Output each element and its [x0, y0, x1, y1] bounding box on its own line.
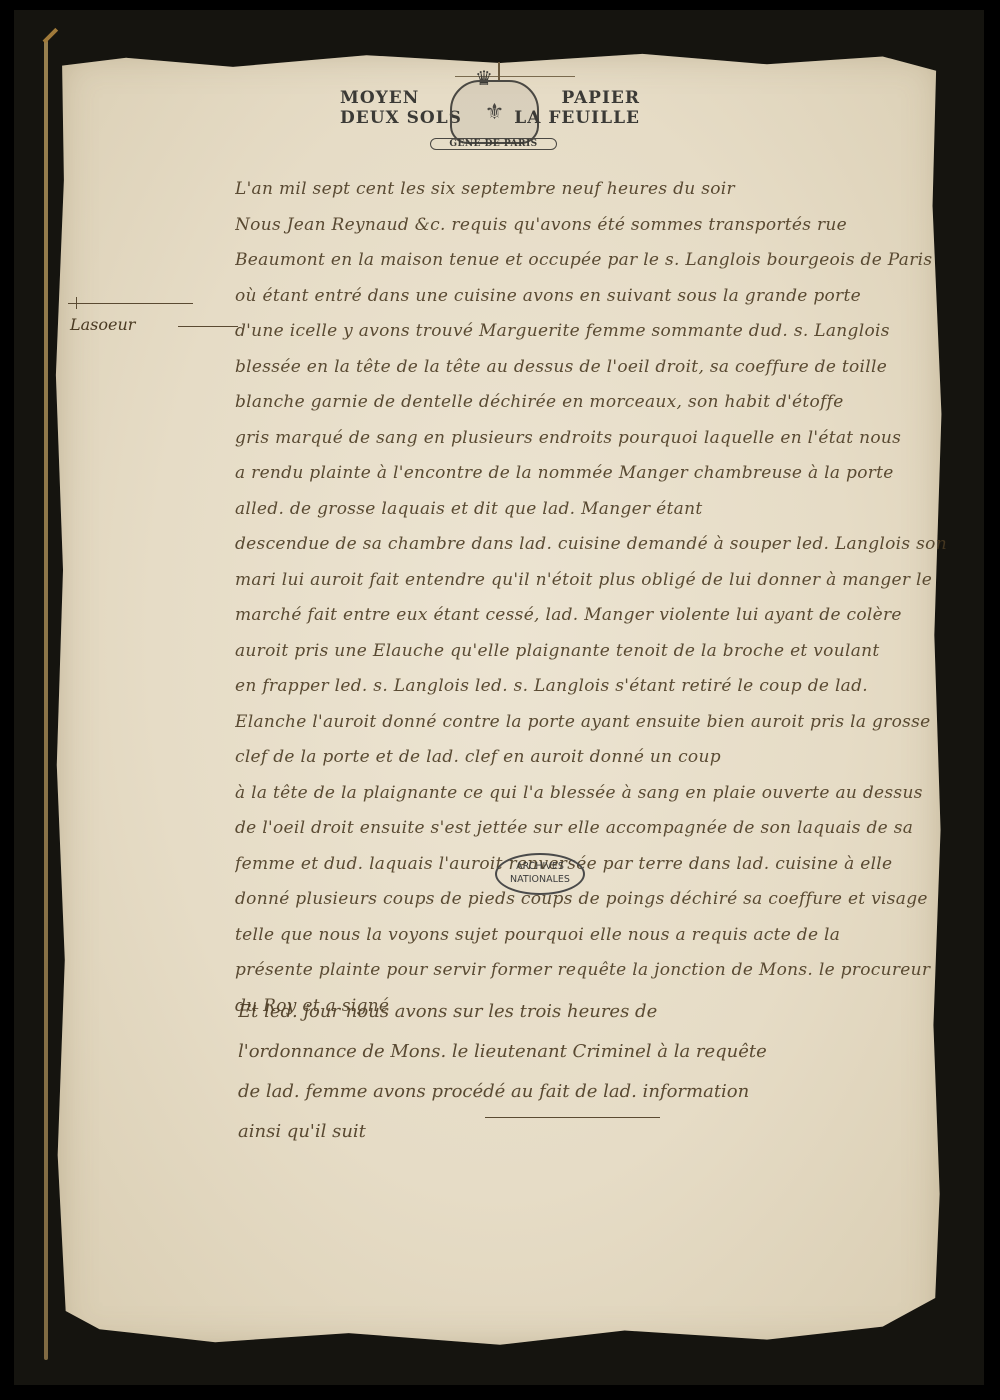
- archives-nationales-stamp: ARCHIVES NATIONALES: [495, 853, 585, 895]
- body-line: donné plusieurs coups de pieds coups de …: [235, 882, 975, 918]
- body-line: marché fait entre eux étant cessé, lad. …: [235, 598, 975, 634]
- tax-stamp-papier: PAPIER: [514, 88, 640, 108]
- body-line: clef de la porte et de lad. clef en auro…: [235, 740, 975, 776]
- body-line: a rendu plainte à l'encontre de la nommé…: [235, 456, 975, 492]
- lower-line: de lad. femme avons procédé au fait de l…: [238, 1072, 978, 1112]
- body-line: gris marqué de sang en plusieurs endroit…: [235, 421, 975, 457]
- body-line: à la tête de la plaignante ce qui l'a bl…: [235, 776, 975, 812]
- body-line: Elanche l'auroit donné contre la porte a…: [235, 705, 975, 741]
- complaint-body: L'an mil sept cent les six septembre neu…: [235, 172, 975, 1024]
- body-line: Beaumont en la maison tenue et occupée p…: [235, 243, 975, 279]
- body-line: blanche garnie de dentelle déchirée en m…: [235, 385, 975, 421]
- body-line: Nous Jean Reynaud &c. requis qu'avons ét…: [235, 208, 975, 244]
- body-line: de l'oeil droit ensuite s'est jettée sur…: [235, 811, 975, 847]
- lower-line: l'ordonnance de Mons. le lieutenant Crim…: [238, 1032, 978, 1072]
- tax-stamp-left-text: MOYEN DEUX SOLS: [340, 88, 462, 128]
- lower-line: Et led. jour nous avons sur les trois he…: [238, 992, 978, 1032]
- body-line: L'an mil sept cent les six septembre neu…: [235, 172, 975, 208]
- body-line: descendue de sa chambre dans lad. cuisin…: [235, 527, 975, 563]
- lower-line: ainsi qu'il suit: [238, 1112, 978, 1152]
- margin-rule-tail: [178, 326, 238, 327]
- body-line: femme et dud. laquais l'auroit renversée…: [235, 847, 975, 883]
- body-line: blessée en la tête de la tête au dessus …: [235, 350, 975, 386]
- margin-rule: [68, 303, 193, 304]
- tax-stamp-deux-sols: DEUX SOLS: [340, 108, 462, 128]
- tax-stamp-banner: GENE DE PARIS: [430, 138, 557, 150]
- tax-stamp: MOYEN DEUX SOLS ♛ ⚜ GENE DE PARIS PAPIER…: [335, 80, 645, 160]
- tax-stamp-moyen: MOYEN: [340, 88, 462, 108]
- body-line: mari lui auroit fait entendre qu'il n'ét…: [235, 563, 975, 599]
- body-line: où étant entré dans une cuisine avons en…: [235, 279, 975, 315]
- archives-stamp-line1: ARCHIVES: [497, 860, 583, 873]
- stamp-overline: [455, 76, 575, 77]
- tax-stamp-la-feuille: LA FEUILLE: [514, 108, 640, 128]
- body-line: telle que nous la voyons sujet pourquoi …: [235, 918, 975, 954]
- body-line: présente plainte pour servir former requ…: [235, 953, 975, 989]
- margin-note: Lasoeur: [70, 315, 135, 334]
- body-line: en frapper led. s. Langlois led. s. Lang…: [235, 669, 975, 705]
- archives-stamp-line2: NATIONALES: [497, 873, 583, 886]
- body-line: d'une icelle y avons trouvé Marguerite f…: [235, 314, 975, 350]
- body-line: auroit pris une Elauche qu'elle plaignan…: [235, 634, 975, 670]
- information-paragraph: Et led. jour nous avons sur les trois he…: [238, 992, 978, 1152]
- body-line: alled. de grosse laquais et dit que lad.…: [235, 492, 975, 528]
- binding-thread: [44, 40, 48, 1360]
- tax-stamp-right-text: PAPIER LA FEUILLE: [514, 88, 640, 128]
- stamp-cross-mark: [498, 62, 500, 80]
- closing-flourish-line: [485, 1117, 660, 1118]
